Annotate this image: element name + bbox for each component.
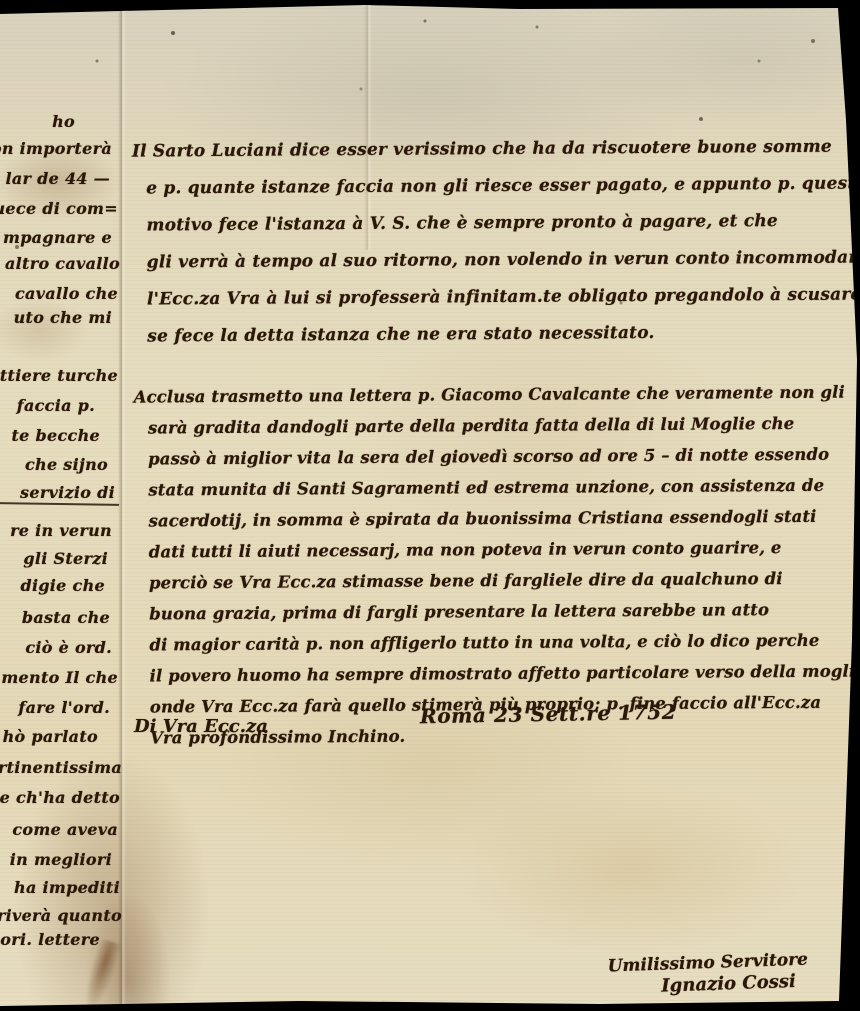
- letter-line: sarà gradita dandogli parte della perdit…: [148, 408, 854, 444]
- margin-fragment: servizio di: [20, 483, 115, 502]
- letter-line: stata munita di Santi Sagramenti ed estr…: [148, 470, 854, 506]
- margin-fragment: mpagnare e: [3, 228, 112, 247]
- margin-fragment: ha impediti: [14, 878, 120, 897]
- margin-fragment: hò parlato: [3, 727, 98, 746]
- letter-line: gli verrà à tempo al suo ritorno, non vo…: [147, 240, 853, 282]
- margin-fragment: come aveva: [12, 820, 118, 839]
- letter-line: motivo fece l'istanza à V. S. che è semp…: [146, 203, 852, 245]
- letter-line: Il Sarto Luciani dice esser verissimo ch…: [132, 129, 852, 171]
- letter-line: sacerdotij, in somma è spirata da buonis…: [148, 501, 854, 537]
- margin-fragment: ciò è ord.: [25, 638, 112, 657]
- margin-fragment: che sijno: [25, 455, 108, 474]
- margin-fragment: vide ch'ha detto: [0, 788, 120, 807]
- ink-specks: [0, 0, 2, 2]
- margin-fragment: altro cavallo: [5, 254, 120, 273]
- manuscript-photo: ho e. non importerà lar de 44 — uece di …: [0, 0, 860, 1011]
- letter-line: il povero huomo ha sempre dimostrato aff…: [150, 656, 856, 692]
- margin-fragment: ori. lettere: [0, 930, 100, 949]
- letter-line: buona grazia, prima di fargli presentare…: [149, 594, 855, 630]
- margin-fragment: impertinentissima: [0, 758, 122, 777]
- margin-fragment: uto che mi: [14, 308, 112, 327]
- letter-line: se fece la detta istanza che ne era stat…: [147, 314, 853, 356]
- margin-fragment: uece di com=: [0, 199, 118, 218]
- margin-fragment: fare l'ord.: [18, 698, 110, 717]
- margin-fragment: ettiere turche: [0, 366, 118, 385]
- dateline: Roma 23 Sett.re 1752: [420, 700, 677, 728]
- fold-crease-gutter: [118, 0, 126, 1011]
- letter-paragraph-1: Il Sarto Luciani dice esser verissimo ch…: [146, 129, 854, 356]
- letter-line: di magior carità p. non affligerlo tutto…: [149, 625, 855, 661]
- letter-line: passò à miglior vita la sera del giovedì…: [148, 439, 854, 475]
- letter-line: Acclusa trasmetto una lettera p. Giacomo…: [134, 377, 854, 413]
- margin-fragment: re in verun: [10, 521, 112, 540]
- margin-fragment: in megliori: [10, 850, 112, 869]
- margin-fragment: lar de 44 —: [5, 169, 110, 188]
- letter-paper: ho e. non importerà lar de 44 — uece di …: [0, 0, 860, 1011]
- margin-fragment: ho: [52, 112, 75, 131]
- letter-body: Il Sarto Luciani dice esser verissimo ch…: [146, 129, 856, 754]
- margin-fragment: basta che: [22, 608, 110, 627]
- signature-name: Ignazio Cossi: [648, 971, 809, 998]
- letter-line: l'Ecc.za Vra à lui si professerà infinit…: [147, 277, 853, 319]
- margin-fragment: digie che: [20, 576, 105, 595]
- closing-salutation: Di Vra Ecc.za: [134, 716, 268, 737]
- signature-block: Umilissimo Servitore Ignazio Cossi: [607, 950, 809, 999]
- letter-line: perciò se Vra Ecc.za stimasse bene di fa…: [149, 563, 855, 599]
- letter-line: e p. quante istanze faccia non gli riesc…: [146, 166, 852, 208]
- letter-paragraph-2: Acclusa trasmetto una lettera p. Giacomo…: [148, 377, 857, 754]
- margin-fragment: faccia p.: [17, 396, 95, 415]
- margin-underline: [0, 502, 119, 506]
- margin-fragment: te becche: [11, 426, 100, 445]
- margin-fragment: scriverà quanto: [0, 906, 122, 925]
- margin-fragment: e. non importerà: [0, 139, 112, 158]
- margin-fragment: cavallo che: [15, 284, 118, 303]
- letter-line: dati tutti li aiuti necessarj, ma non po…: [149, 532, 855, 568]
- margin-fragment: gli Sterzi: [23, 549, 108, 568]
- margin-fragment: mento Il che: [1, 668, 118, 687]
